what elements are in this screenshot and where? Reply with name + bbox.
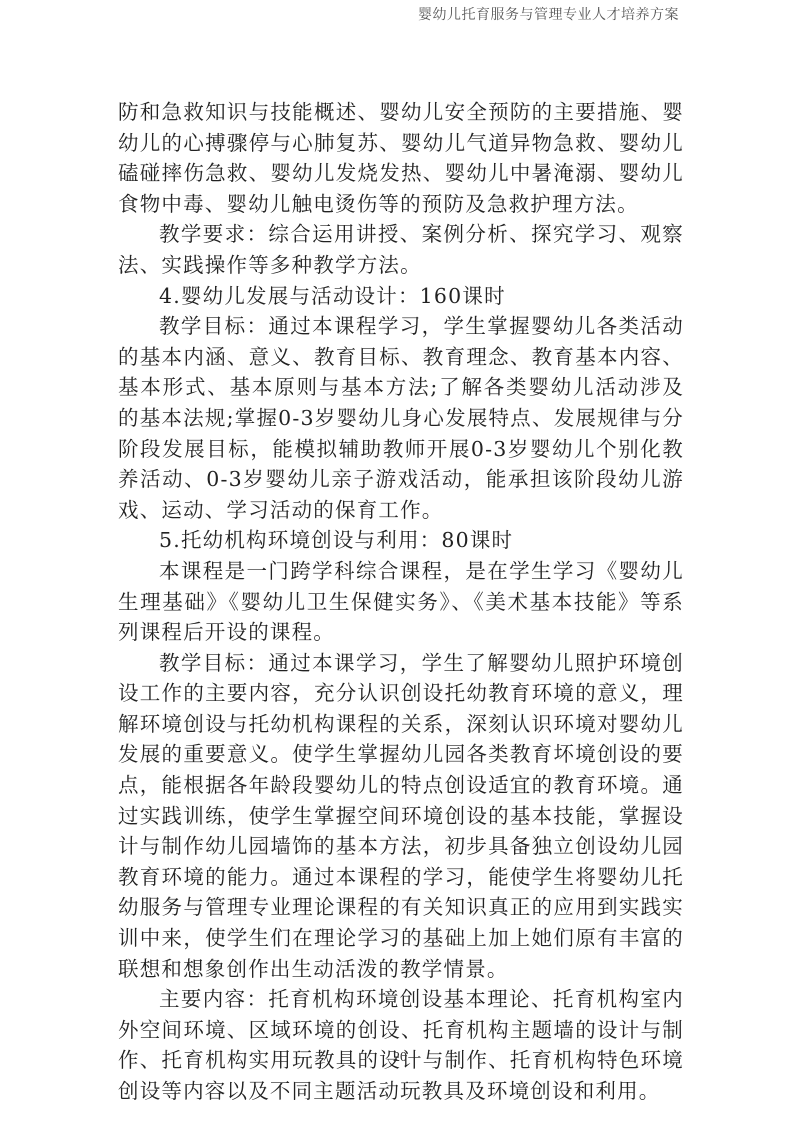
course-heading-5: 5.托幼机构环境创设与利用：80课时 — [118, 525, 684, 556]
page-number: 20 — [0, 1050, 800, 1066]
paragraph-teaching-goals-4: 教学目标：通过本课程学习，学生掌握婴幼儿各类活动的基本内涵、意义、教育目标、教育… — [118, 311, 684, 525]
paragraph-course-intro-5: 本课程是一门跨学科综合课程，是在学生学习《婴幼儿生理基础》《婴幼儿卫生保健实务》… — [118, 556, 684, 648]
paragraph-teaching-goals-5: 教学目标：通过本课学习，学生了解婴幼儿照护环境创设工作的主要内容，充分认识创设托… — [118, 648, 684, 985]
course-heading-4: 4.婴幼儿发展与活动设计：160课时 — [118, 281, 684, 312]
paragraph-main-content-5: 主要内容：托育机构环境创设基本理论、托育机构室内外空间环境、区域环境的创设、托育… — [118, 984, 684, 1106]
page-body: 防和急救知识与技能概述、婴幼儿安全预防的主要措施、婴幼儿的心搏骤停与心肺复苏、婴… — [118, 97, 684, 1107]
paragraph-continuation: 防和急救知识与技能概述、婴幼儿安全预防的主要措施、婴幼儿的心搏骤停与心肺复苏、婴… — [118, 97, 684, 219]
running-header: 婴幼儿托育服务与管理专业人才培养方案 — [418, 4, 679, 24]
paragraph-teaching-requirements: 教学要求：综合运用讲授、案例分析、探究学习、观察法、实践操作等多种教学方法。 — [118, 219, 684, 280]
